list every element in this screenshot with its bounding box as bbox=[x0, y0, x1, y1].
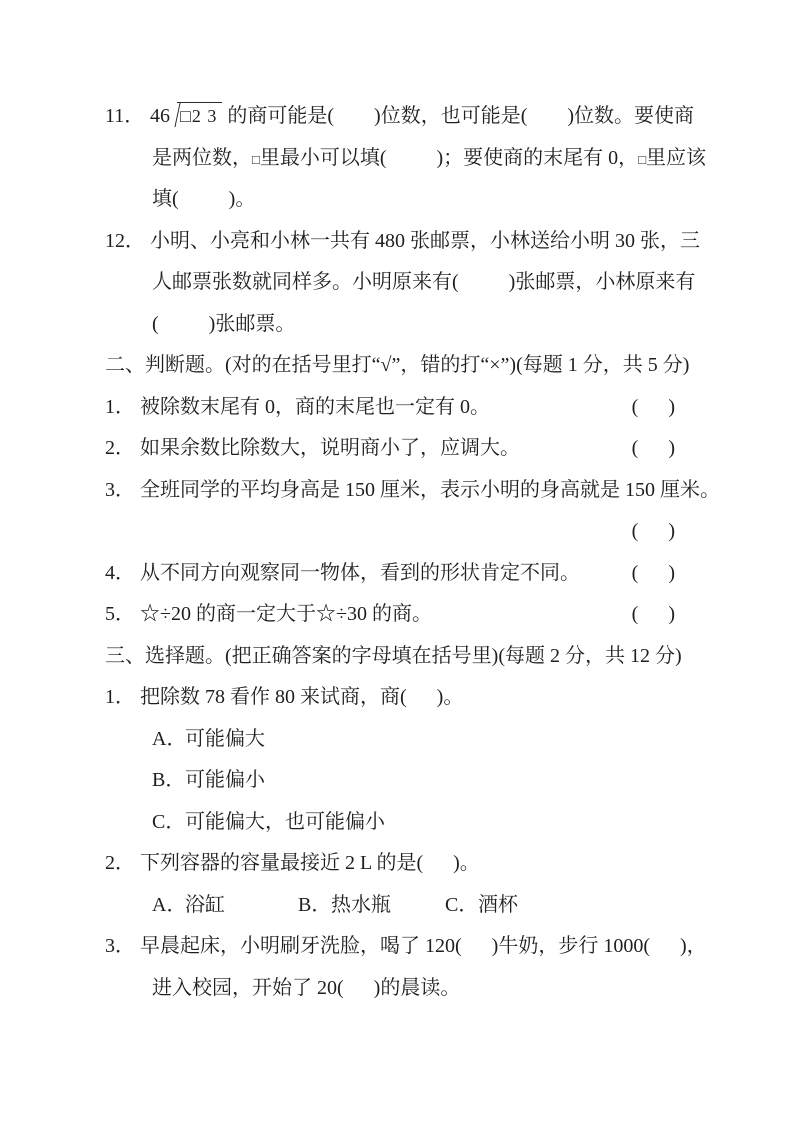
option-a-letter: A． bbox=[152, 885, 185, 927]
judge-item-5-number: 5． bbox=[105, 594, 140, 636]
option-c-label: 酒杯 bbox=[478, 894, 518, 916]
option-b-label: 热水瓶 bbox=[331, 894, 391, 916]
judge-item-1-number: 1． bbox=[105, 387, 140, 429]
choice-q1-option-a: A．可能偏大 bbox=[105, 719, 698, 761]
q11-line1-text: 的商可能是( )位数，也可能是( )位数。要使商 bbox=[222, 105, 694, 127]
choice-q1-number: 1． bbox=[105, 677, 140, 719]
q11-line2-text-a: 是两位数， bbox=[152, 147, 252, 169]
q11-divisor: 46 bbox=[150, 105, 170, 127]
small-box-icon: □ bbox=[252, 152, 260, 167]
choice-q3-line-2: 进入校园，开始了 20( )的晨读。 bbox=[105, 968, 698, 1010]
judge-item-3-text: 全班同学的平均身高是 150 厘米，表示小明的身高就是 150 厘米。 bbox=[140, 479, 720, 501]
judge-header-text: 二、判断题。(对的在括号里打“√”，错的打“×”)(每题 1 分，共 5 分) bbox=[105, 354, 689, 376]
choice-q2-option-a: A．浴缸 bbox=[152, 885, 298, 927]
option-c-letter: C． bbox=[445, 885, 478, 927]
judge-item-4-answer-bracket: ( ) bbox=[632, 553, 675, 595]
judge-item-3-bracket-line: ( ) bbox=[105, 511, 698, 553]
judge-item-2-number: 2． bbox=[105, 428, 140, 470]
q11-dividend: □2 3 bbox=[177, 102, 222, 129]
q12-line-3: ( )张邮票。 bbox=[105, 304, 698, 346]
q12-number: 12． bbox=[105, 221, 150, 263]
choice-q3-line2-text: 进入校园，开始了 20( )的晨读。 bbox=[152, 977, 460, 999]
choice-q2-option-b: B．热水瓶 bbox=[298, 885, 445, 927]
choice-q2-number: 2． bbox=[105, 843, 140, 885]
q12-line2-text: 人邮票张数就同样多。小明原来有( )张邮票，小林原来有 bbox=[152, 271, 695, 293]
q11-line2-text-c: 里应该 bbox=[646, 147, 706, 169]
judge-item-4: 4．从不同方向观察同一物体，看到的形状肯定不同。( ) bbox=[105, 553, 698, 595]
judge-item-1-text: 被除数末尾有 0，商的末尾也一定有 0。 bbox=[140, 396, 490, 418]
choice-q1: 1．把除数 78 看作 80 来试商，商( )。 bbox=[105, 677, 698, 719]
judge-item-3-number: 3． bbox=[105, 470, 140, 512]
option-a-label: 浴缸 bbox=[185, 894, 225, 916]
judge-item-2-text: 如果余数比除数大，说明商小了，应调大。 bbox=[140, 437, 520, 459]
option-a-label: 可能偏大 bbox=[185, 728, 265, 750]
option-c-label: 可能偏大，也可能偏小 bbox=[185, 811, 385, 833]
judge-item-4-number: 4． bbox=[105, 553, 140, 595]
choice-q1-option-c: C．可能偏大，也可能偏小 bbox=[105, 802, 698, 844]
choice-section-header: 三、选择题。(把正确答案的字母填在括号里)(每题 2 分，共 12 分) bbox=[105, 636, 698, 678]
judge-item-3-answer-bracket: ( ) bbox=[632, 511, 675, 553]
choice-q3-line1-text: 早晨起床，小明刷牙洗脸，喝了 120( )牛奶，步行 1000( )， bbox=[140, 935, 707, 957]
judge-item-3: 3．全班同学的平均身高是 150 厘米，表示小明的身高就是 150 厘米。 bbox=[105, 470, 698, 512]
judge-section-header: 二、判断题。(对的在括号里打“√”，错的打“×”)(每题 1 分，共 5 分) bbox=[105, 345, 698, 387]
choice-q2-option-c: C．酒杯 bbox=[445, 885, 518, 927]
option-c-letter: C． bbox=[152, 802, 185, 844]
judge-item-1: 1．被除数末尾有 0，商的末尾也一定有 0。( ) bbox=[105, 387, 698, 429]
judge-item-5: 5．☆÷20 的商一定大于☆÷30 的商。( ) bbox=[105, 594, 698, 636]
q11-line-1: 11．46□2 3 的商可能是( )位数，也可能是( )位数。要使商 bbox=[105, 96, 698, 138]
option-b-letter: B． bbox=[298, 885, 331, 927]
option-b-label: 可能偏小 bbox=[185, 769, 265, 791]
q11-number: 11． bbox=[105, 96, 150, 138]
q11-line-2: 是两位数，□里最小可以填( )；要使商的末尾有 0，□里应该 bbox=[105, 138, 698, 180]
choice-q2-options-row: A．浴缸B．热水瓶C．酒杯 bbox=[105, 885, 698, 927]
choice-q1-text: 把除数 78 看作 80 来试商，商( )。 bbox=[140, 686, 463, 708]
q12-line-1: 12．小明、小亮和小林一共有 480 张邮票，小林送给小明 30 张，三 bbox=[105, 221, 698, 263]
choice-q3-number: 3． bbox=[105, 926, 140, 968]
choice-q3-line-1: 3．早晨起床，小明刷牙洗脸，喝了 120( )牛奶，步行 1000( )， bbox=[105, 926, 698, 968]
judge-item-2-answer-bracket: ( ) bbox=[632, 428, 675, 470]
choice-q1-option-b: B．可能偏小 bbox=[105, 760, 698, 802]
q11-line2-text-b: 里最小可以填( )；要使商的末尾有 0， bbox=[260, 147, 638, 169]
judge-item-4-text: 从不同方向观察同一物体，看到的形状肯定不同。 bbox=[140, 562, 580, 584]
q12-line3-text: ( )张邮票。 bbox=[152, 313, 295, 335]
judge-item-5-answer-bracket: ( ) bbox=[632, 594, 675, 636]
option-a-letter: A． bbox=[152, 719, 185, 761]
worksheet-content: 11．46□2 3 的商可能是( )位数，也可能是( )位数。要使商 是两位数，… bbox=[0, 0, 793, 1009]
choice-q2-text: 下列容器的容量最接近 2 L 的是( )。 bbox=[140, 852, 480, 874]
judge-item-2: 2．如果余数比除数大，说明商小了，应调大。( ) bbox=[105, 428, 698, 470]
choice-q2: 2．下列容器的容量最接近 2 L 的是( )。 bbox=[105, 843, 698, 885]
judge-item-5-text: ☆÷20 的商一定大于☆÷30 的商。 bbox=[140, 603, 432, 625]
option-b-letter: B． bbox=[152, 760, 185, 802]
small-box-icon: □ bbox=[638, 152, 646, 167]
judge-item-1-answer-bracket: ( ) bbox=[632, 387, 675, 429]
q11-line3-text: 填( )。 bbox=[152, 188, 255, 210]
q12-line-2: 人邮票张数就同样多。小明原来有( )张邮票，小林原来有 bbox=[105, 262, 698, 304]
q12-line1-text: 小明、小亮和小林一共有 480 张邮票，小林送给小明 30 张，三 bbox=[150, 230, 700, 252]
q11-line-3: 填( )。 bbox=[105, 179, 698, 221]
choice-header-text: 三、选择题。(把正确答案的字母填在括号里)(每题 2 分，共 12 分) bbox=[105, 645, 682, 667]
worksheet-page: 11．46□2 3 的商可能是( )位数，也可能是( )位数。要使商 是两位数，… bbox=[0, 0, 793, 1122]
